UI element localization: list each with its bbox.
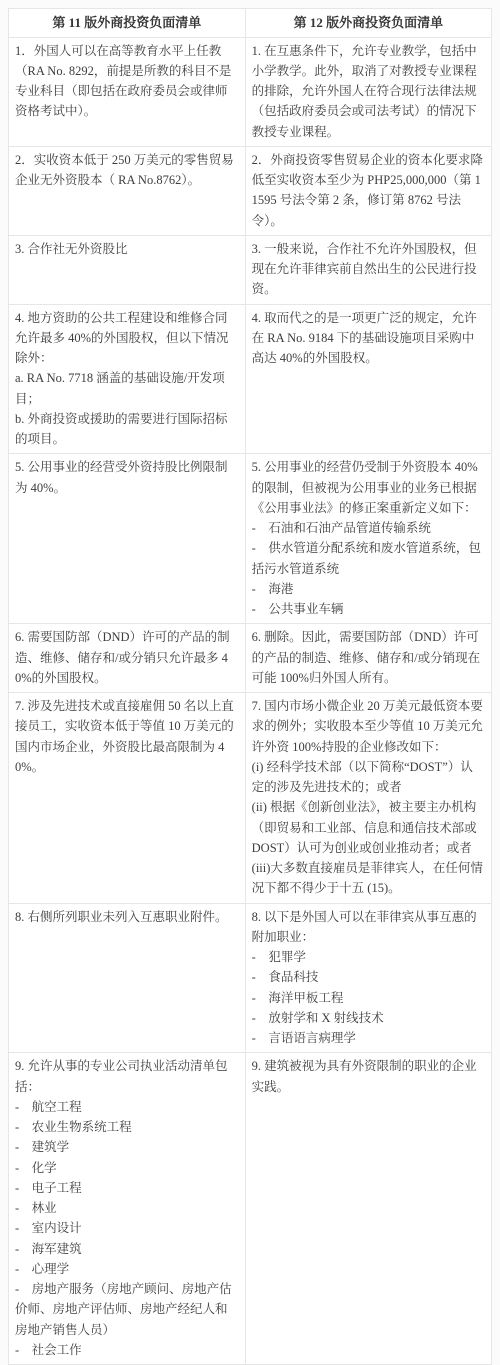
text-line: - 食品科技	[252, 967, 485, 987]
text-line: (i) 经科学技术部（以下简称“DOST”）认定的涉及先进技术的；或者	[252, 757, 485, 798]
text-line: - 社会工作	[15, 1340, 239, 1360]
text-line: 5. 公用事业的经营受外资持股比例限制为 40%。	[15, 457, 239, 498]
text-line: 7. 涉及先进技术或直接雇佣 50 名以上直接员工，实收资本低于等值 10 万美…	[15, 696, 239, 777]
cell-right-item-5: 5. 公用事业的经营仍受制于外资股本 40%的限制，但被视为公用事业的业务已根据…	[245, 454, 491, 624]
text-line: - 公共事业车辆	[252, 599, 485, 619]
text-line: 7. 国内市场小微企业 20 万美元最低资本要求的例外；实收股本至少等值 10 …	[252, 696, 485, 757]
cell-left-item-8: 8. 右侧所列职业未列入互惠职业附件。	[9, 903, 246, 1053]
text-line: 6. 需要国防部（DND）许可的产品的制造、维修、储存和/或分销只允许最多 40…	[15, 627, 239, 688]
text-line: 4. 地方资助的公共工程建设和维修合同允许最多 40%的外国股权，但以下情况除外…	[15, 308, 239, 369]
text-line: 4. 取而代之的是一项更广泛的规定，允许在 RA No. 9184 下的基础设施…	[252, 308, 485, 369]
text-line: 3. 合作社无外资股比	[15, 239, 239, 259]
cell-right-item-4: 4. 取而代之的是一项更广泛的规定，允许在 RA No. 9184 下的基础设施…	[245, 304, 491, 454]
text-line: - 放射学和 X 射线技术	[252, 1008, 485, 1028]
table-row: 1．外国人可以在高等教育水平上任教（RA No. 8292，前提是所教的科目不是…	[9, 37, 492, 146]
text-line: - 电子工程	[15, 1178, 239, 1198]
cell-right-item-6: 6. 删除。因此，需要国防部（DND）许可的产品的制造、维修、储存和/或分销现在…	[245, 624, 491, 693]
cell-right-item-7: 7. 国内市场小微企业 20 万美元最低资本要求的例外；实收股本至少等值 10 …	[245, 693, 491, 904]
text-line: - 石油和石油产品管道传输系统	[252, 518, 485, 538]
table-row: 2．实收资本低于 250 万美元的零售贸易企业无外资股本（ RA No.8762…	[9, 146, 492, 235]
header-row: 第 11 版外商投资负面清单 第 12 版外商投资负面清单	[9, 9, 492, 38]
text-line: - 化学	[15, 1158, 239, 1178]
document-page: 第 11 版外商投资负面清单 第 12 版外商投资负面清单 1．外国人可以在高等…	[8, 8, 492, 1365]
cell-left-item-2: 2．实收资本低于 250 万美元的零售贸易企业无外资股本（ RA No.8762…	[9, 146, 246, 235]
text-line: 2．外商投资零售贸易企业的资本化要求降低至实收资本至少为 PHP25,000,0…	[252, 150, 485, 231]
text-line: - 心理学	[15, 1259, 239, 1279]
text-line: a. RA No. 7718 涵盖的基础设施/开发项目；	[15, 368, 239, 409]
table-row: 5. 公用事业的经营受外资持股比例限制为 40%。5. 公用事业的经营仍受制于外…	[9, 454, 492, 624]
text-line: - 言语语言病理学	[252, 1028, 485, 1048]
text-line: 9. 允许从事的专业公司执业活动清单包括：	[15, 1056, 239, 1097]
text-line: 2．实收资本低于 250 万美元的零售贸易企业无外资股本（ RA No.8762…	[15, 150, 239, 191]
cell-right-item-2: 2．外商投资零售贸易企业的资本化要求降低至实收资本至少为 PHP25,000,0…	[245, 146, 491, 235]
text-line: - 海军建筑	[15, 1239, 239, 1259]
text-line: (ii) 根据《创新创业法》，被主要主办机构（即贸易和工业部、信息和通信技术部或…	[252, 797, 485, 858]
cell-left-item-4: 4. 地方资助的公共工程建设和维修合同允许最多 40%的外国股权，但以下情况除外…	[9, 304, 246, 454]
text-line: 1．外国人可以在高等教育水平上任教（RA No. 8292，前提是所教的科目不是…	[15, 41, 239, 122]
cell-left-item-6: 6. 需要国防部（DND）许可的产品的制造、维修、储存和/或分销只允许最多 40…	[9, 624, 246, 693]
cell-left-item-5: 5. 公用事业的经营受外资持股比例限制为 40%。	[9, 454, 246, 624]
table-row: 4. 地方资助的公共工程建设和维修合同允许最多 40%的外国股权，但以下情况除外…	[9, 304, 492, 454]
text-line: - 室内设计	[15, 1218, 239, 1238]
cell-right-item-3: 3. 一般来说，合作社不允许外国股权，但现在允许菲律宾前自然出生的公民进行投资。	[245, 235, 491, 304]
text-line: - 林业	[15, 1198, 239, 1218]
table-row: 6. 需要国防部（DND）许可的产品的制造、维修、储存和/或分销只允许最多 40…	[9, 624, 492, 693]
text-line: 5. 公用事业的经营仍受制于外资股本 40%的限制，但被视为公用事业的业务已根据…	[252, 457, 485, 518]
text-line: b. 外商投资或援助的需要进行国际招标的项目。	[15, 409, 239, 450]
text-line: 8. 以下是外国人可以在菲律宾从事互惠的附加职业：	[252, 907, 485, 948]
table-row: 9. 允许从事的专业公司执业活动清单包括：- 航空工程- 农业生物系统工程- 建…	[9, 1053, 492, 1365]
header-cell-edition-11: 第 11 版外商投资负面清单	[9, 9, 246, 38]
cell-left-item-7: 7. 涉及先进技术或直接雇佣 50 名以上直接员工，实收资本低于等值 10 万美…	[9, 693, 246, 904]
cell-left-item-1: 1．外国人可以在高等教育水平上任教（RA No. 8292，前提是所教的科目不是…	[9, 37, 246, 146]
text-line: - 航空工程	[15, 1097, 239, 1117]
text-line: 3. 一般来说，合作社不允许外国股权，但现在允许菲律宾前自然出生的公民进行投资。	[252, 239, 485, 300]
text-line: - 海港	[252, 579, 485, 599]
text-line: 9. 建筑被视为具有外资限制的职业的企业实践。	[252, 1056, 485, 1097]
header-cell-edition-12: 第 12 版外商投资负面清单	[245, 9, 491, 38]
table-row: 8. 右侧所列职业未列入互惠职业附件。8. 以下是外国人可以在菲律宾从事互惠的附…	[9, 903, 492, 1053]
cell-right-item-9: 9. 建筑被视为具有外资限制的职业的企业实践。	[245, 1053, 491, 1365]
comparison-table: 第 11 版外商投资负面清单 第 12 版外商投资负面清单 1．外国人可以在高等…	[8, 8, 492, 1365]
text-line: - 供水管道分配系统和废水管道系统，包括污水管道系统	[252, 538, 485, 579]
table-row: 3. 合作社无外资股比3. 一般来说，合作社不允许外国股权，但现在允许菲律宾前自…	[9, 235, 492, 304]
text-line: - 房地产服务（房地产顾问、房地产估价师、房地产评估师、房地产经纪人和房地产销售…	[15, 1279, 239, 1340]
cell-left-item-9: 9. 允许从事的专业公司执业活动清单包括：- 航空工程- 农业生物系统工程- 建…	[9, 1053, 246, 1365]
text-line: 1. 在互惠条件下，允许专业教学，包括中小学教学。此外，取消了对教授专业课程的排…	[252, 41, 485, 142]
text-line: 6. 删除。因此，需要国防部（DND）许可的产品的制造、维修、储存和/或分销现在…	[252, 627, 485, 688]
cell-left-item-3: 3. 合作社无外资股比	[9, 235, 246, 304]
table-header: 第 11 版外商投资负面清单 第 12 版外商投资负面清单	[9, 9, 492, 38]
text-line: 8. 右侧所列职业未列入互惠职业附件。	[15, 907, 239, 927]
text-line: - 建筑学	[15, 1137, 239, 1157]
table-row: 7. 涉及先进技术或直接雇佣 50 名以上直接员工，实收资本低于等值 10 万美…	[9, 693, 492, 904]
text-line: - 海洋甲板工程	[252, 988, 485, 1008]
text-line: (iii)大多数直接雇员是菲律宾人，在任何情况下都不得少于十五 (15)。	[252, 858, 485, 899]
cell-right-item-8: 8. 以下是外国人可以在菲律宾从事互惠的附加职业：- 犯罪学- 食品科技- 海洋…	[245, 903, 491, 1053]
cell-right-item-1: 1. 在互惠条件下，允许专业教学，包括中小学教学。此外，取消了对教授专业课程的排…	[245, 37, 491, 146]
text-line: - 犯罪学	[252, 947, 485, 967]
comparison-table-body: 1．外国人可以在高等教育水平上任教（RA No. 8292，前提是所教的科目不是…	[9, 37, 492, 1365]
text-line: - 农业生物系统工程	[15, 1117, 239, 1137]
